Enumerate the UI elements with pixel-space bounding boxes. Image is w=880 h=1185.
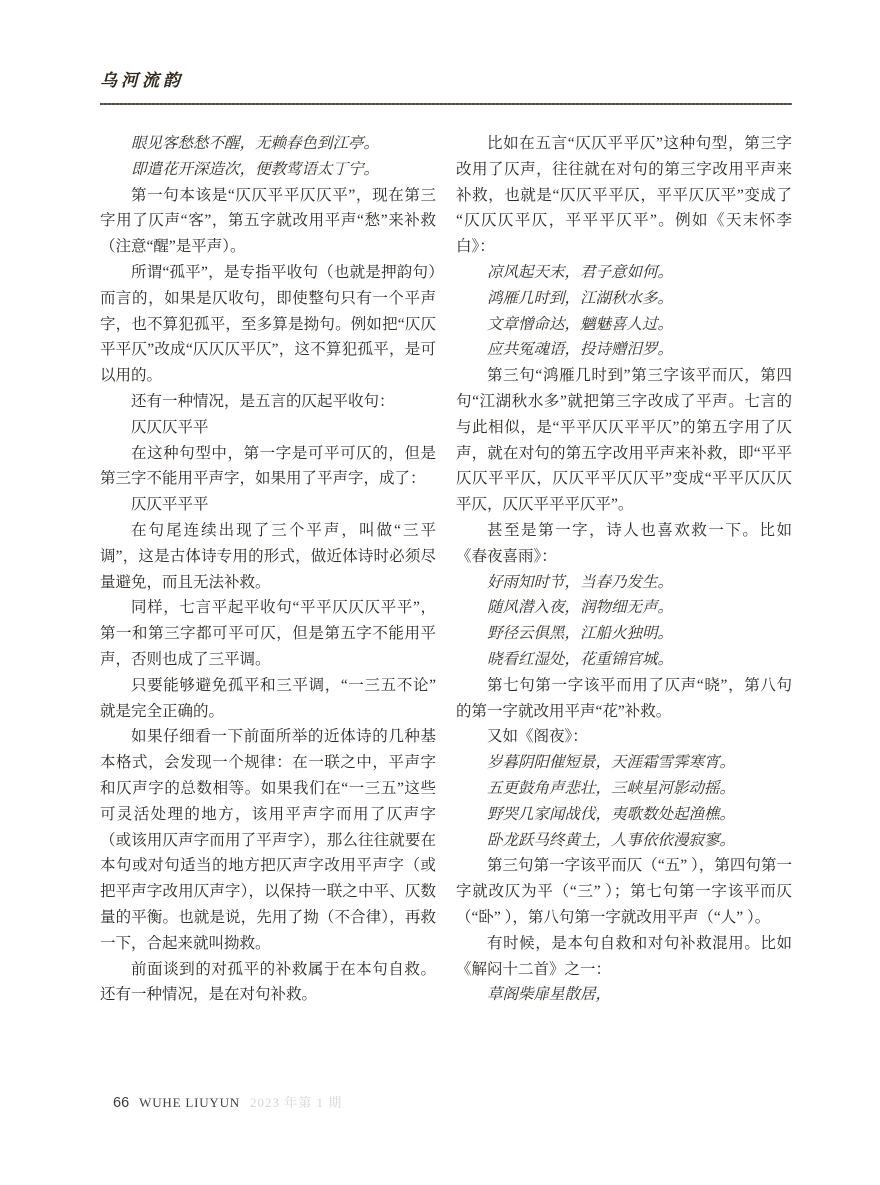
body-paragraph: 只要能够避免孤平和三平调，“一三五不论”就是完全正确的。 — [100, 673, 436, 725]
poem-line: 草阁柴扉星散居， — [456, 982, 792, 1008]
body-paragraph: 在句尾连续出现了三个平声，叫做“三平调”，这是古体诗专用的形式，做近体诗时必须尽… — [100, 518, 436, 595]
poem-line: 鸿雁几时到，江湖秋水多。 — [456, 286, 792, 312]
poem-line: 应共冤魂语，投诗赠汨罗。 — [456, 337, 792, 363]
poem-line: 文章憎命达，魑魅喜人过。 — [456, 312, 792, 338]
page-footer: 66 WUHE LIUYUN 2023 年第 1 期 — [113, 1092, 342, 1111]
poem-line: 五更鼓角声悲壮，三峡星河影动摇。 — [456, 776, 792, 802]
poem-line: 岁暮阴阳催短景，天涯霜雪霁寒宵。 — [456, 750, 792, 776]
tone-pattern-line: 仄仄仄平平 — [100, 415, 436, 441]
body-paragraph: 第一句本该是“仄仄平平仄仄平”，现在第三字用了仄声“客”，第五字就改用平声“愁”… — [100, 183, 436, 260]
body-paragraph: 在这种句型中，第一字是可平可仄的，但是第三字不能用平声字，如果用了平声字，成了： — [100, 441, 436, 493]
poem-line: 晓看红湿处，花重锦官城。 — [456, 647, 792, 673]
left-column: 眼见客愁愁不醒，无赖春色到江亭。即遣花开深造次，便教莺语太丁宁。第一句本该是“仄… — [100, 131, 436, 1008]
body-paragraph: 第三句第一字该平而仄（“五” ），第四句第一字就改仄为平（“三” ）；第七句第一… — [456, 853, 792, 930]
poem-line: 眼见客愁愁不醒，无赖春色到江亭。 — [100, 131, 436, 157]
body-paragraph: 甚至是第一字，诗人也喜欢救一下。比如《春夜喜雨》： — [456, 518, 792, 570]
body-paragraph: 还有一种情况，是五言的仄起平收句： — [100, 389, 436, 415]
poem-line: 凉风起天末，君子意如何。 — [456, 260, 792, 286]
magazine-page: 乌河流韵 眼见客愁愁不醒，无赖春色到江亭。即遣花开深造次，便教莺语太丁宁。第一句… — [100, 70, 792, 1008]
section-title: 乌河流韵 — [100, 70, 792, 92]
body-paragraph: 第三句“鸿雁几时到”第三字该平而仄，第四句“江湖秋水多”就把第三字改成了平声。七… — [456, 363, 792, 518]
two-column-body: 眼见客愁愁不醒，无赖春色到江亭。即遣花开深造次，便教莺语太丁宁。第一句本该是“仄… — [100, 131, 792, 1008]
page-number: 66 — [113, 1095, 129, 1111]
poem-line: 随风潜入夜，润物细无声。 — [456, 595, 792, 621]
page-header: 乌河流韵 — [100, 70, 792, 105]
body-paragraph: 第七句第一字该平而用了仄声“晓”，第八句的第一字就改用平声“花”补救。 — [456, 673, 792, 725]
journal-name: WUHE LIUYUN — [139, 1095, 240, 1111]
poem-line: 野哭几家闻战伐，夷歌数处起渔樵。 — [456, 802, 792, 828]
poem-line: 好雨知时节，当春乃发生。 — [456, 570, 792, 596]
tone-pattern-line: 仄仄平平平 — [100, 492, 436, 518]
issue-label: 2023 年第 1 期 — [250, 1092, 342, 1111]
body-paragraph: 比如在五言“仄仄平平仄”这种句型，第三字改用了仄声，往往就在对句的第三字改用平声… — [456, 131, 792, 260]
right-column: 比如在五言“仄仄平平仄”这种句型，第三字改用了仄声，往往就在对句的第三字改用平声… — [456, 131, 792, 1008]
poem-line: 即遣花开深造次，便教莺语太丁宁。 — [100, 157, 436, 183]
poem-line: 卧龙跃马终黄土，人事依依漫寂寥。 — [456, 828, 792, 854]
body-paragraph: 如果仔细看一下前面所举的近体诗的几种基本格式，会发现一个规律：在一联之中，平声字… — [100, 724, 436, 956]
body-paragraph: 前面谈到的对孤平的补救属于在本句自救。还有一种情况，是在对句补救。 — [100, 957, 436, 1009]
body-paragraph: 所谓“孤平”，是专指平收句（也就是押韵句）而言的，如果是仄收句，即使整句只有一个… — [100, 260, 436, 389]
header-rule — [100, 103, 792, 105]
poem-line: 野径云俱黑，江船火独明。 — [456, 621, 792, 647]
body-paragraph: 同样，七言平起平收句“平平仄仄仄平平”，第一和第三字都可平可仄，但是第五字不能用… — [100, 595, 436, 672]
body-paragraph: 有时候，是本句自救和对句补救混用。比如《解闷十二首》之一： — [456, 931, 792, 983]
body-paragraph: 又如《阁夜》： — [456, 724, 792, 750]
